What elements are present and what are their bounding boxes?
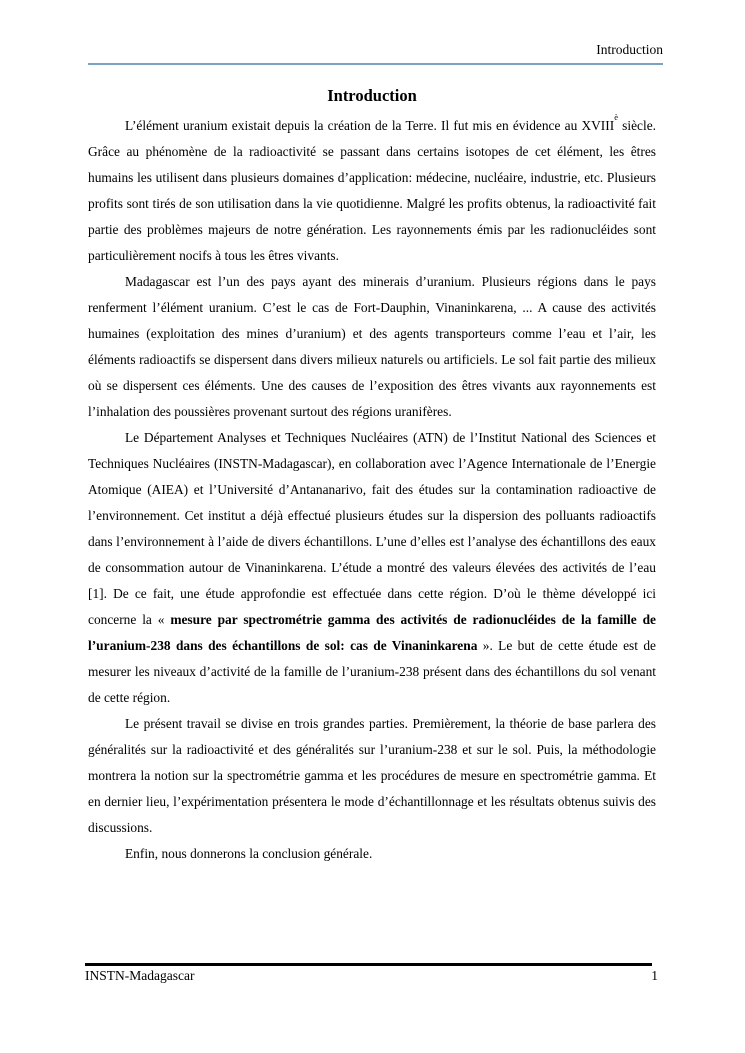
paragraph-plan: Le présent travail se divise en trois gr… [88,711,656,841]
paragraph-instn-theme: Le Département Analyses et Techniques Nu… [88,425,656,711]
document-body: L’élément uranium existait depuis la cré… [88,113,656,867]
superscript-e: è [614,112,618,122]
paragraph-madagascar: Madagascar est l’un des pays ayant des m… [88,269,656,425]
header-rule [88,63,663,65]
document-page: Introduction Introduction L’élément uran… [0,0,745,1053]
footer-institution: INSTN-Madagascar [85,967,194,985]
running-header-title: Introduction [596,42,663,57]
footer-rule [85,963,652,966]
page-footer: INSTN-Madagascar 1 [85,963,658,985]
paragraph-conclusion: Enfin, nous donnerons la conclusion géné… [88,841,656,867]
paragraph-text: siècle. Grâce au phénomène de la radioac… [88,118,656,263]
paragraph-text: L’élément uranium existait depuis la cré… [125,118,614,133]
page-title: Introduction [88,86,656,106]
footer-page-number: 1 [651,967,658,985]
page-header: Introduction [88,42,663,58]
paragraph-text: Le Département Analyses et Techniques Nu… [88,430,656,627]
paragraph-uranium-origin: L’élément uranium existait depuis la cré… [88,113,656,269]
